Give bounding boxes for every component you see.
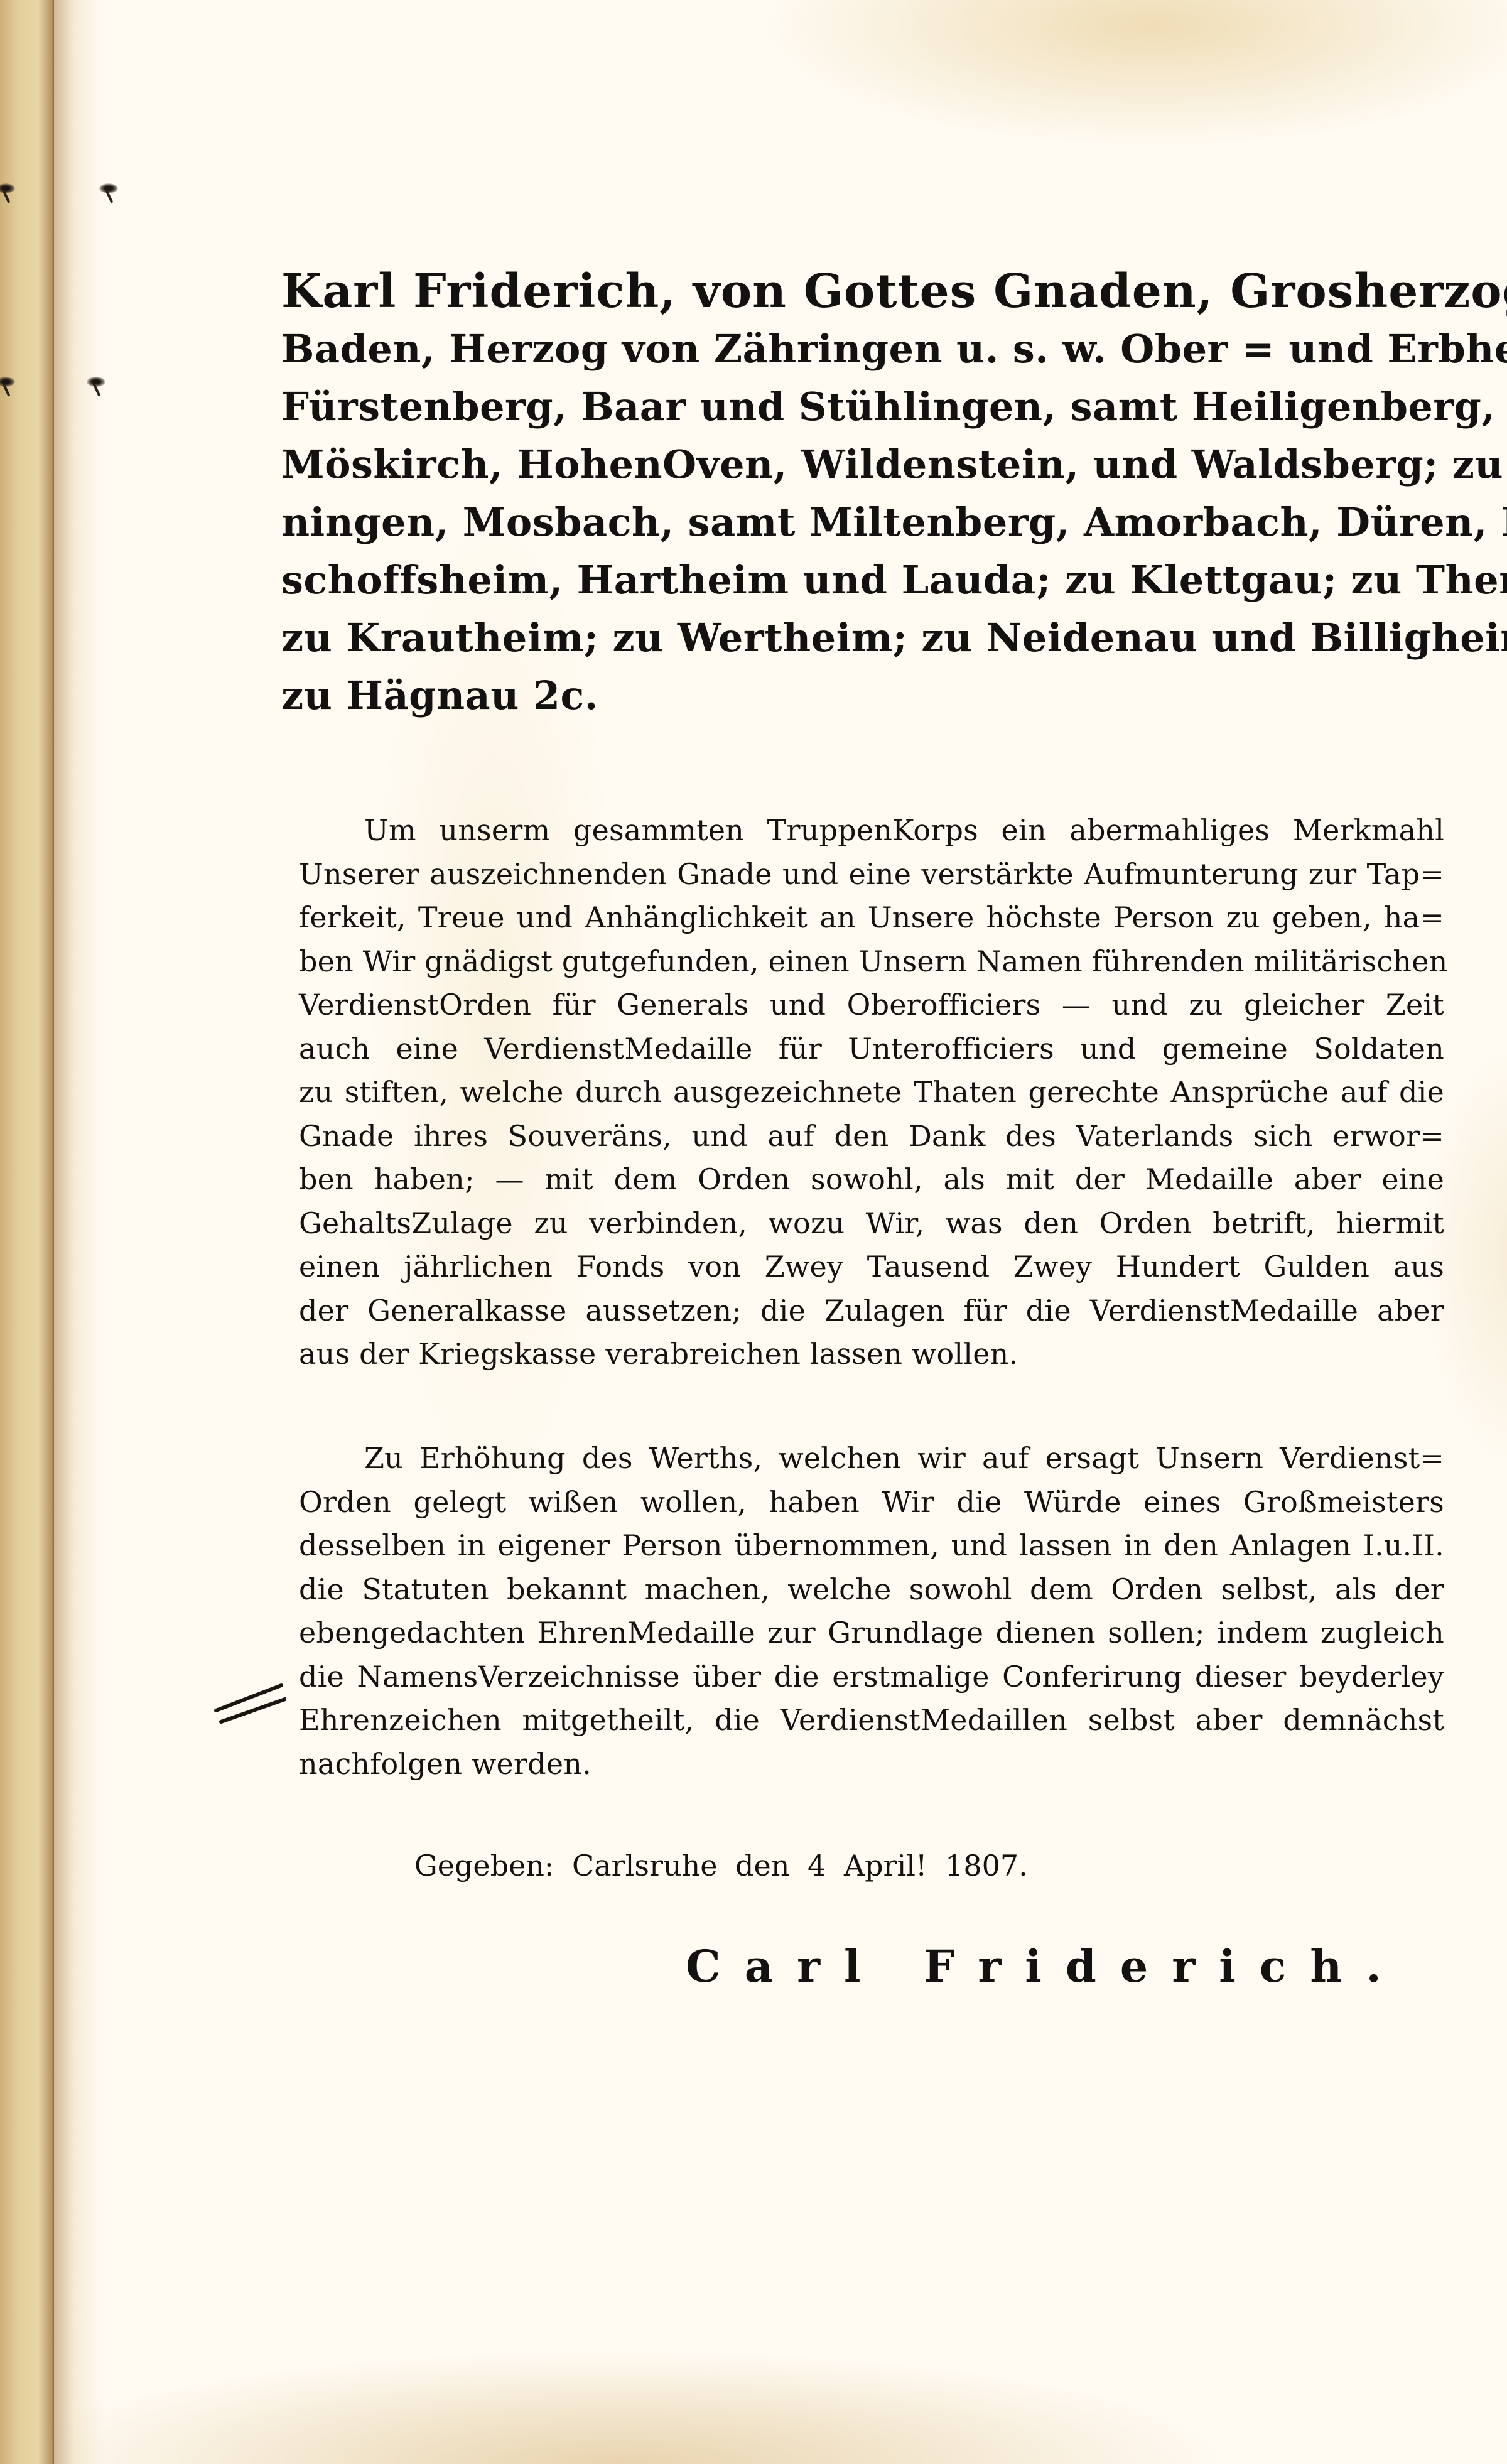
text-line: VerdienstOrden für Generals und Oberoffi… (299, 983, 1444, 1027)
title-line: Karl Friderich, von Gottes Gnaden, Grosh… (281, 262, 1424, 320)
text-line: ferkeit, Treue und Anhänglichkeit an Uns… (299, 896, 1444, 940)
title-line: zu Krautheim; zu Wertheim; zu Neidenau u… (281, 609, 1424, 667)
text-line: Um unserm gesammten TruppenKorps ein abe… (299, 809, 1444, 853)
text-line: desselben in eigener Person übernommen, … (299, 1524, 1444, 1568)
text-line: Zu Erhöhung des Werths, welchen wir auf … (299, 1437, 1444, 1481)
text-line: einen jährlichen Fonds von Zwey Tausend … (299, 1245, 1444, 1289)
binding-shadow (54, 0, 104, 2464)
paragraph-grandmaster: Zu Erhöhung des Werths, welchen wir auf … (299, 1437, 1444, 1786)
text-line: die NamensVerzeichnisse über die erstmal… (299, 1655, 1444, 1699)
text-line: ebengedachten EhrenMedaille zur Grundlag… (299, 1611, 1444, 1655)
signature: Carl Friderich. (686, 1940, 1405, 1992)
title-line: Baden, Herzog von Zähringen u. s. w. Obe… (281, 320, 1424, 378)
decree-title-block: Karl Friderich, von Gottes Gnaden, Grosh… (281, 262, 1424, 725)
text-line: Gnade ihres Souveräns, und auf den Dank … (299, 1115, 1444, 1159)
title-line: ningen, Mosbach, samt Miltenberg, Amorba… (281, 494, 1424, 551)
text-line: zu stiften, welche durch ausgezeichnete … (299, 1071, 1444, 1115)
text-line: ben haben; — mit dem Orden sowohl, als m… (299, 1158, 1444, 1202)
double-slash-mark-icon (211, 1682, 286, 1726)
text-line: der Generalkasse aussetzen; die Zulagen … (299, 1289, 1444, 1333)
text-line: Unserer auszeichnenden Gnade und eine ve… (299, 853, 1444, 897)
date-place-line: Gegeben: Carlsruhe den 4 April! 1807. (414, 1849, 1028, 1883)
text-line: die Statuten bekannt machen, welche sowo… (299, 1568, 1444, 1612)
punch-hole-icon (87, 377, 105, 387)
title-line: Fürstenberg, Baar und Stühlingen, samt H… (281, 378, 1424, 436)
text-line: aus der Kriegskasse verabreichen lassen … (299, 1332, 1444, 1376)
punch-hole-icon (99, 183, 118, 193)
title-line: Möskirch, HohenOven, Wildenstein, und Wa… (281, 436, 1424, 494)
title-line: schoffsheim, Hartheim und Lauda; zu Klet… (281, 551, 1424, 609)
text-line: Orden gelegt wißen wollen, haben Wir die… (299, 1481, 1444, 1525)
title-line: zu Hägnau 2c. (281, 667, 1424, 725)
text-line: ben Wir gnädigst gutgefunden, einen Unse… (299, 940, 1444, 984)
text-line: auch eine VerdienstMedaille für Unteroff… (299, 1027, 1444, 1071)
text-line: nachfolgen werden. (299, 1743, 1444, 1786)
text-line: GehaltsZulage zu verbinden, wozu Wir, wa… (299, 1202, 1444, 1246)
paragraph-foundation: Um unserm gesammten TruppenKorps ein abe… (299, 809, 1444, 1376)
text-line: Ehrenzeichen mitgetheilt, die VerdienstM… (299, 1699, 1444, 1743)
binding-strip (0, 0, 54, 2464)
